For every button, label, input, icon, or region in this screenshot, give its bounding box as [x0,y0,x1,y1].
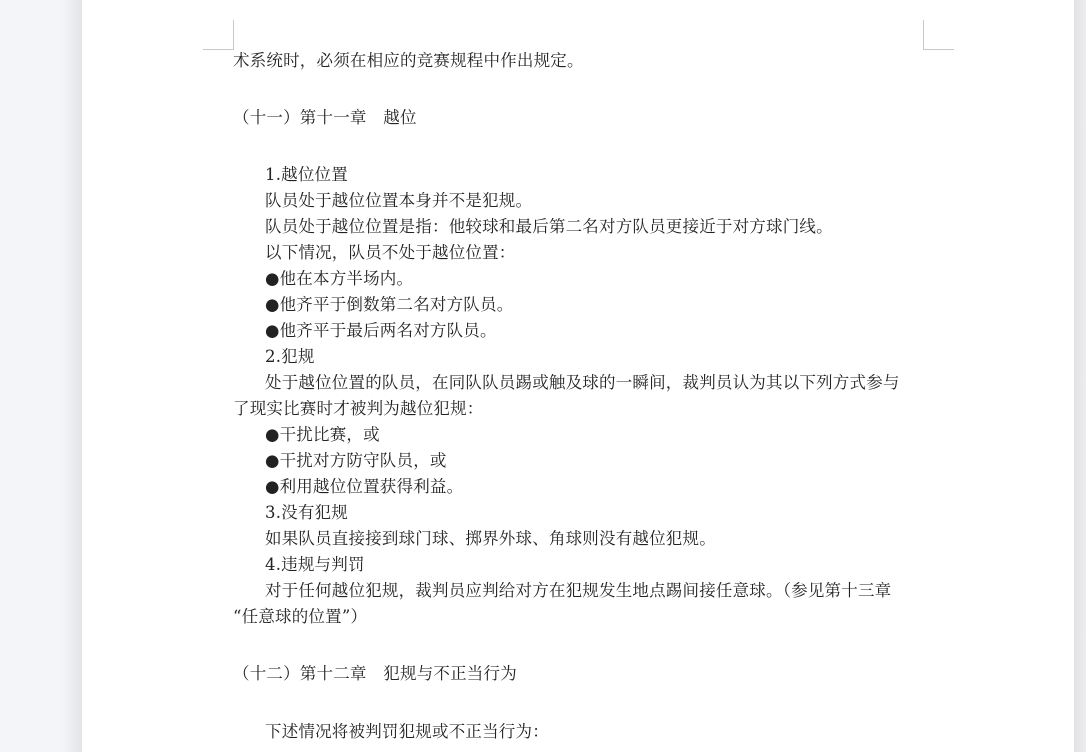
subheading-infringements-sanctions: 4.违规与判罚 [265,555,365,575]
page-shadow-left [62,0,82,752]
bullet-item: ●利用越位位置获得利益。 [265,477,463,497]
section-heading-chapter-12: （十二）第十二章 犯规与不正当行为 [233,664,517,684]
margin-corner-top-right-icon [923,20,954,50]
paragraph-line: 了现实比赛时才被判为越位犯规： [233,399,484,419]
document-viewport[interactable]: 术系统时，必须在相应的竞赛规程中作出规定。 （十一）第十一章 越位 1.越位位置… [0,0,1086,752]
paragraph-line: 处于越位位置的队员，在同队队员踢或触及球的一瞬间，裁判员认为其以下列方式参与 [265,373,900,393]
page-shadow-right [1074,0,1086,752]
paragraph-line: “任意球的位置”） [233,607,367,627]
paragraph-line: 队员处于越位位置本身并不是犯规。 [265,191,532,211]
bullet-item: ●他齐平于倒数第二名对方队员。 [265,295,513,315]
subheading-offside-position: 1.越位位置 [265,165,348,185]
subheading-no-offence: 3.没有犯规 [265,503,348,523]
bullet-item: ●他齐平于最后两名对方队员。 [265,321,497,341]
bullet-item: ●干扰对方防守队员，或 [265,451,447,471]
paragraph-line: 以下情况，队员不处于越位位置： [265,243,516,263]
subheading-offence: 2.犯规 [265,347,315,367]
margin-corner-top-left-icon [203,20,234,50]
paragraph-line: 如果队员直接接到球门球、掷界外球、角球则没有越位犯规。 [265,529,716,549]
paragraph-line: 对于任何越位犯规，裁判员应判给对方在犯规发生地点踢间接任意球。（参见第十三章 [265,581,891,601]
paragraph-line: 队员处于越位位置是指：他较球和最后第二名对方队员更接近于对方球门线。 [265,217,833,237]
paragraph-line: 下述情况将被判罚犯规或不正当行为： [265,722,549,742]
section-heading-chapter-11: （十一）第十一章 越位 [233,108,417,128]
bullet-item: ●他在本方半场内。 [265,269,413,289]
bullet-item: ●干扰比赛，或 [265,425,380,445]
paragraph-line: 术系统时，必须在相应的竞赛规程中作出规定。 [233,51,584,71]
